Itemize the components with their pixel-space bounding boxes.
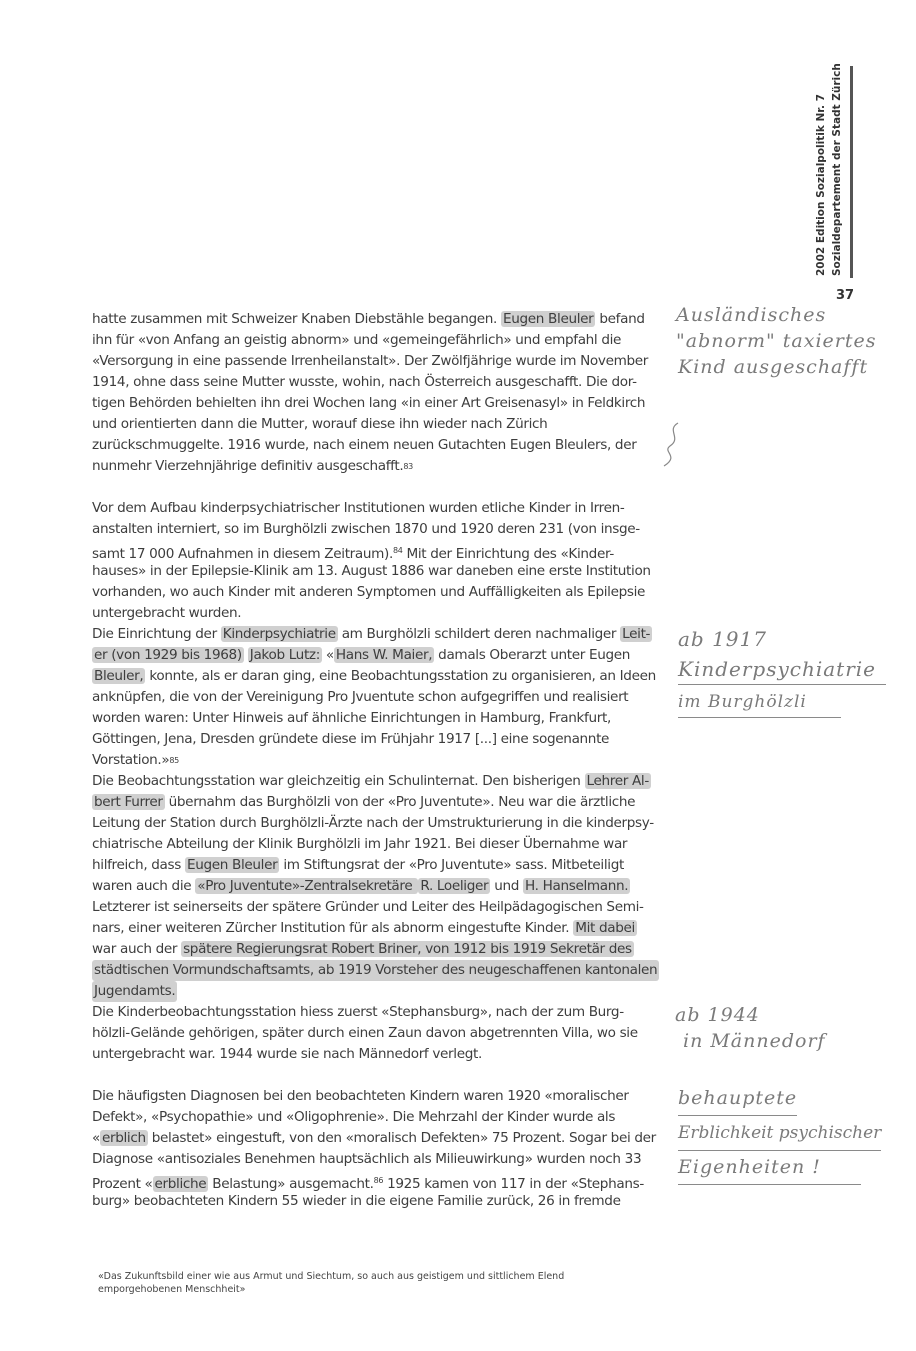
running-header: 2002 Edition Sozialpolitik Nr. 7 Soziald… — [813, 66, 853, 276]
text-line: Defekt», «Psychopathie» und «Oligophreni… — [92, 1107, 662, 1128]
text-line: Die Kinderbeobachtungsstation hiess zuer… — [92, 1002, 662, 1023]
text-line: «Versorgung in eine passende Irrenheilan… — [92, 351, 662, 372]
highlight: bert Furrer — [92, 794, 165, 810]
highlight: Eugen Bleuler — [185, 857, 279, 873]
text-line: waren auch die «Pro Juventute»-Zentralse… — [92, 876, 662, 897]
highlight: spätere Regierungsrat Robert Briner, von… — [181, 941, 634, 957]
text-line: chiatrische Abteilung der Klinik Burghöl… — [92, 834, 662, 855]
paragraph-1: hatte zusammen mit Schweizer Knaben Dieb… — [92, 309, 662, 477]
text-line: hatte zusammen mit Schweizer Knaben Dieb… — [92, 309, 662, 330]
text-line: burg» beobachteten Kindern 55 wieder in … — [92, 1191, 662, 1212]
highlight: erblich — [100, 1130, 148, 1146]
text-line: 1914, ohne dass seine Mutter wusste, woh… — [92, 372, 662, 393]
paragraph-6: Die häufigsten Diagnosen bei den beobach… — [92, 1086, 662, 1212]
text-line: Diagnose «antisoziales Benehmen hauptsäc… — [92, 1149, 662, 1170]
text-line: Göttingen, Jena, Dresden gründete diese … — [92, 729, 662, 750]
header-rule — [850, 66, 853, 278]
highlight: städtischen Vormundschaftsamts, ab 1919 … — [92, 960, 659, 981]
text-line: worden waren: Unter Hinweis auf ähnliche… — [92, 708, 662, 729]
text-line: Die Einrichtung der Kinderpsychiatrie am… — [92, 624, 662, 645]
highlight: Jugendamts. — [92, 981, 177, 1002]
text-line: ihn für «von Anfang an geistig abnorm» u… — [92, 330, 662, 351]
text-line: Prozent «erbliche Belastung» ausgemacht.… — [92, 1170, 662, 1191]
highlight: erbliche — [153, 1176, 209, 1192]
highlight: Eugen Bleuler — [501, 311, 595, 327]
highlight: Leit- — [620, 626, 652, 642]
highlight: R. Loeliger — [418, 878, 490, 894]
text-line: «erblich belastet» eingestuft, von den «… — [92, 1128, 662, 1149]
text-line: samt 17 000 Aufnahmen in diesem Zeitraum… — [92, 540, 662, 561]
text-line: er (von 1929 bis 1968) Jakob Lutz: «Hans… — [92, 645, 662, 666]
text-line: Letzterer ist seinerseits der spätere Gr… — [92, 897, 662, 918]
highlight: Bleuler, — [92, 668, 145, 684]
text-line: zurückschmuggelte. 1916 wurde, nach eine… — [92, 435, 662, 456]
text-line: Bleuler, konnte, als er daran ging, eine… — [92, 666, 662, 687]
text-line: städtischen Vormundschaftsamts, ab 1919 … — [92, 960, 662, 981]
highlight: Kinderpsychiatrie — [221, 626, 338, 642]
paragraph-3: Die Einrichtung der Kinderpsychiatrie am… — [92, 624, 662, 771]
body-text: hatte zusammen mit Schweizer Knaben Dieb… — [92, 309, 662, 1212]
text-line: tigen Behörden behielten ihn drei Wochen… — [92, 393, 662, 414]
text-line: Vorstation.»85 — [92, 750, 662, 771]
highlight: Hans W. Maier, — [334, 647, 434, 663]
text-line: hilfreich, dass Eugen Bleuler im Stiftun… — [92, 855, 662, 876]
text-line: Die häufigsten Diagnosen bei den beobach… — [92, 1086, 662, 1107]
department-name: Sozialdepartement der Stadt Zürich — [829, 66, 845, 276]
footer-quote: «Das Zukunftsbild einer wie aus Armut un… — [98, 1270, 638, 1296]
text-line: nars, einer weiteren Zürcher Institution… — [92, 918, 662, 939]
handwritten-note-2: ab 1917 Kinderpsychiatrie im Burghölzli — [678, 624, 886, 718]
paragraph-4: Die Beobachtungsstation war gleichzeitig… — [92, 771, 662, 1002]
text-line: Vor dem Aufbau kinderpsychiatrischer Ins… — [92, 498, 662, 519]
footnote-ref[interactable]: 84 — [393, 546, 402, 555]
paragraph-2: Vor dem Aufbau kinderpsychiatrischer Ins… — [92, 498, 662, 624]
footnote-ref[interactable]: 83 — [403, 456, 412, 477]
handwritten-note-4: behauptete Erblichkeit psychischer Eigen… — [678, 1082, 881, 1185]
footnote-ref[interactable]: 86 — [374, 1176, 383, 1185]
text-line: vorhanden, wo auch Kinder mit anderen Sy… — [92, 582, 662, 603]
footnote-ref[interactable]: 85 — [169, 750, 178, 771]
paragraph-5: Die Kinderbeobachtungsstation hiess zuer… — [92, 1002, 662, 1065]
text-line: Die Beobachtungsstation war gleichzeitig… — [92, 771, 662, 792]
handwritten-note-3: ab 1944 in Männedorf — [675, 1002, 826, 1054]
highlight: Lehrer Al- — [585, 773, 651, 789]
text-line: war auch der spätere Regierungsrat Rober… — [92, 939, 662, 960]
text-line: Jugendamts. — [92, 981, 662, 1002]
text-line: bert Furrer übernahm das Burghölzli von … — [92, 792, 662, 813]
highlight: «Pro Juventute»-Zentralsekretäre — [195, 878, 418, 894]
page-number: 37 — [836, 288, 854, 303]
edition-title: 2002 Edition Sozialpolitik Nr. 7 — [813, 66, 829, 276]
text-line: anknüpfen, die von der Vereinigung Pro J… — [92, 687, 662, 708]
handwritten-note-1: Ausländisches "abnorm" taxiertes Kind au… — [676, 302, 877, 380]
text-line: und orientierten dann die Mutter, worauf… — [92, 414, 662, 435]
text-line: nunmehr Vierzehnjährige definitiv ausges… — [92, 456, 662, 477]
text-line: anstalten interniert, so im Burghölzli z… — [92, 519, 662, 540]
highlight: Mit dabei — [573, 920, 637, 936]
highlight: H. Hanselmann. — [523, 878, 630, 894]
text-line: hauses» in der Epilepsie-Klinik am 13. A… — [92, 561, 662, 582]
text-line: hölzli-Gelände gehörigen, später durch e… — [92, 1023, 662, 1044]
text-line: untergebracht wurden. — [92, 603, 662, 624]
text-line: untergebracht war. 1944 wurde sie nach M… — [92, 1044, 662, 1065]
squiggle-mark — [660, 420, 690, 470]
highlight: Jakob Lutz: — [248, 647, 322, 663]
text-line: Leitung der Station durch Burghölzli-Ärz… — [92, 813, 662, 834]
highlight: er (von 1929 bis 1968) — [92, 647, 244, 663]
